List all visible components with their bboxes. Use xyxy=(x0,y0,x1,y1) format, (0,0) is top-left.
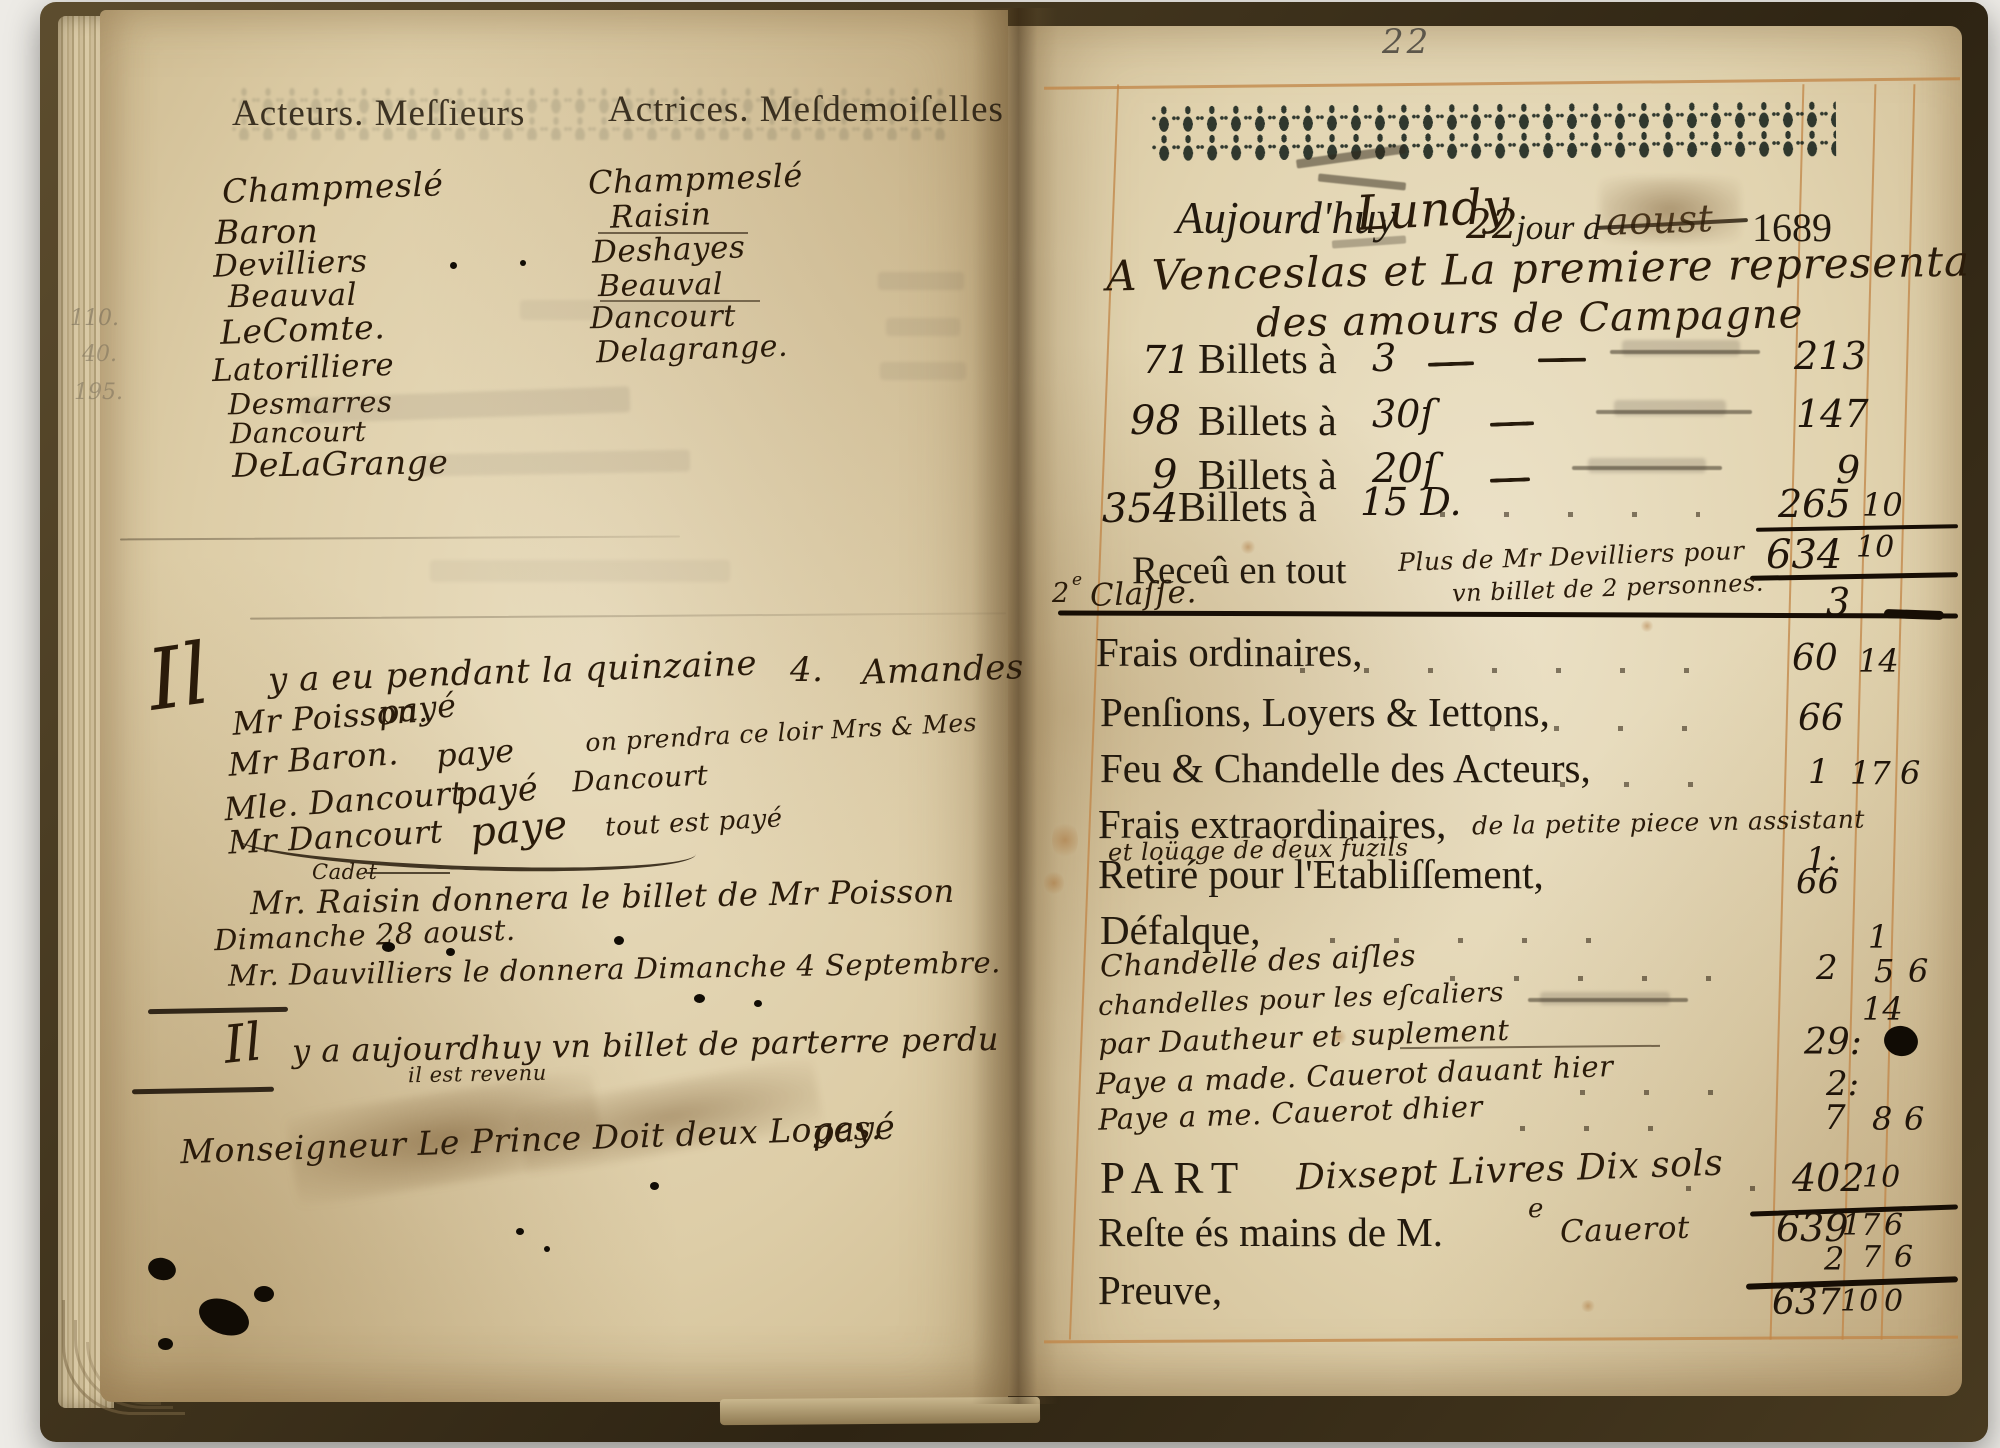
preuve-sols: 10 xyxy=(1840,1284,1878,1319)
expense-sols: 8 xyxy=(1872,1100,1892,1138)
actress-name: Delagrange. xyxy=(595,329,788,371)
open-account-book-photo: Acteurs. Meſſieurs Actrices. Meſdemoiſel… xyxy=(0,0,2000,1448)
dash-mark xyxy=(1538,358,1586,363)
dot-leader xyxy=(1300,668,1720,673)
ink-blot xyxy=(544,1246,550,1252)
receu-classe-word: Claſſe. xyxy=(1089,574,1197,614)
stain xyxy=(1580,1300,1596,1312)
expense-label: Retiré pour l'Etabliſſement, xyxy=(1098,850,1544,898)
expense-amount: 29: xyxy=(1804,1022,1862,1063)
prince-status: payé xyxy=(811,1107,897,1153)
ink-blot xyxy=(450,262,457,269)
expense-sols: 1 xyxy=(1868,918,1888,956)
show-through-strike xyxy=(1596,410,1752,414)
expense-deniers: 6 xyxy=(1908,952,1928,990)
preuve-amount: 637 xyxy=(1772,1282,1841,1323)
billets-label: Billets à xyxy=(1198,336,1337,384)
show-through-mark xyxy=(886,318,960,336)
page-number: 22 xyxy=(1382,22,1431,62)
dot-leader xyxy=(1686,1186,1756,1191)
dot-leader xyxy=(1520,1126,1710,1131)
ink-blot xyxy=(614,936,624,945)
billets-amount: 147 xyxy=(1796,392,1869,436)
billets-amount: 265 xyxy=(1778,482,1851,526)
show-through-number: 110. xyxy=(70,306,119,331)
ink-smudge xyxy=(1600,178,1740,242)
preuve-deniers: 0 xyxy=(1884,1284,1903,1319)
ink-blot xyxy=(754,1000,762,1007)
receu-classe-num: 2 xyxy=(1052,578,1070,609)
name-underline xyxy=(598,232,748,234)
expense-sols: 5 xyxy=(1874,952,1894,990)
stain xyxy=(1044,870,1064,896)
billets-sols: 10 xyxy=(1862,486,1903,524)
billets-price: 30ſ xyxy=(1372,392,1434,436)
ink-blot xyxy=(158,1338,173,1350)
part-label: PART xyxy=(1100,1152,1248,1204)
ink-blot xyxy=(382,942,395,952)
expense-deniers: 6 xyxy=(1900,754,1920,792)
left-header-actors: Acteurs. Meſſieurs xyxy=(232,92,525,135)
total-amount: 634 xyxy=(1766,532,1842,578)
actor-name: LeComte. xyxy=(219,307,385,352)
actress-name: Raisin xyxy=(609,196,711,236)
reste-name: Cauerot xyxy=(1559,1210,1690,1251)
ink-blot xyxy=(520,260,526,266)
quinzaine-word: Amandes xyxy=(861,647,1024,693)
actor-name: DeLaGrange xyxy=(232,442,449,485)
payment-status: paye xyxy=(435,731,516,774)
billets-price: 15 D. xyxy=(1360,480,1462,524)
reste-deniers: 6 xyxy=(1884,1208,1903,1243)
part-sols: 10 xyxy=(1862,1160,1900,1195)
part-amount: 402 xyxy=(1792,1156,1865,1200)
expense-amount: 66 xyxy=(1796,862,1839,902)
expense-sols: 14 xyxy=(1858,642,1899,680)
ink-blot xyxy=(650,1182,659,1190)
show-through-mark xyxy=(878,272,964,290)
cadet-line xyxy=(366,872,450,874)
billets-amount: 213 xyxy=(1794,334,1867,378)
expense-amount: 60 xyxy=(1792,638,1838,679)
expense-amount: 2 xyxy=(1816,948,1838,988)
show-through-number: 195. xyxy=(74,380,123,405)
show-through-mark xyxy=(520,300,730,320)
ink-blot xyxy=(516,1228,524,1235)
actor-name: Champmeslé xyxy=(221,164,444,211)
stain xyxy=(1052,820,1078,860)
stain xyxy=(1640,620,1654,632)
expense-label: Feu & Chandelle des Acteurs, xyxy=(1100,744,1591,792)
ink-blot xyxy=(446,948,455,956)
expense-label: Penſions, Loyers & Iettons, xyxy=(1100,688,1550,736)
date-day-number: 22 xyxy=(1466,202,1518,248)
dot-leader xyxy=(1440,512,1700,517)
left-header-actresses: Actrices. Meſdemoiſelles xyxy=(608,88,1004,131)
show-through-number: 40. xyxy=(82,342,117,367)
billets-price: 3 xyxy=(1372,336,1396,380)
show-through-mark xyxy=(880,362,966,380)
ornament-band xyxy=(1152,100,1836,163)
expense-sols: 14 xyxy=(1862,990,1903,1028)
gutter-shadow xyxy=(972,8,1058,1404)
date-jour-label: jour d xyxy=(1516,208,1601,248)
actress-name: Champmeslé xyxy=(587,156,803,201)
show-through-strike xyxy=(1610,350,1760,354)
billets-count: 98 xyxy=(1130,398,1181,444)
show-through-strike xyxy=(1528,998,1688,1002)
billets-count: 71 xyxy=(1142,338,1190,382)
show-through-mark xyxy=(430,560,730,582)
show-through-mark xyxy=(420,450,690,477)
actor-name: Latorilliere xyxy=(211,347,394,389)
stain xyxy=(1240,540,1256,554)
expense-sols: 17 xyxy=(1850,754,1891,792)
billets-count: 354 xyxy=(1102,486,1178,532)
actress-name: Deshayes xyxy=(591,229,745,270)
receu-classe-sup: e xyxy=(1072,570,1083,590)
reste-amount2: 2 xyxy=(1824,1240,1844,1278)
total-sols: 10 xyxy=(1856,530,1894,565)
reste-sols: 17 xyxy=(1842,1208,1880,1243)
show-through-strike xyxy=(1572,466,1722,470)
dot-leader xyxy=(1580,1090,1730,1095)
dot-leader xyxy=(1560,782,1740,787)
parterre-initial: Il xyxy=(221,1012,265,1076)
ink-blot xyxy=(254,1286,274,1302)
ink-blot xyxy=(694,994,705,1003)
billets-label: Billets à xyxy=(1178,484,1317,532)
expense-amount: 66 xyxy=(1798,698,1844,739)
reste-deniers2: 6 xyxy=(1894,1240,1913,1275)
reste-sup: e xyxy=(1528,1194,1544,1224)
stain xyxy=(1330,1030,1348,1044)
preuve-label: Preuve, xyxy=(1098,1266,1222,1314)
expense-deniers: 6 xyxy=(1904,1100,1924,1138)
dot-leader xyxy=(1490,726,1720,731)
expense-amount: 1 xyxy=(1808,752,1830,792)
reste-sols2: 7 xyxy=(1862,1240,1881,1275)
quinzaine-number: 4. xyxy=(790,650,823,690)
billets-label: Billets à xyxy=(1198,398,1337,446)
play-title-line2: des amours de Campagne xyxy=(1256,291,1804,347)
reste-label: Reſte és mains de M. xyxy=(1098,1208,1443,1256)
expense-amount: 7 xyxy=(1824,1098,1846,1138)
